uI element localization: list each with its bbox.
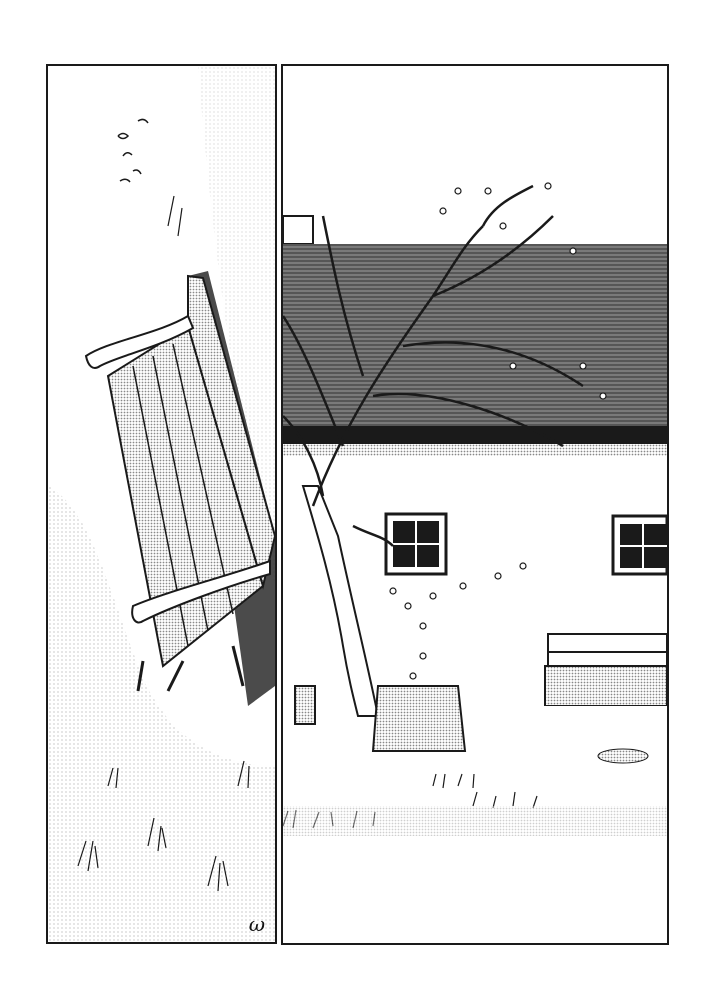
bucket	[295, 686, 315, 724]
falling-leaves	[118, 119, 148, 182]
tiled-roof	[283, 244, 667, 439]
sound-effect-glyph: ω	[249, 912, 265, 936]
courtyard-illustration	[283, 66, 667, 943]
window-right	[613, 516, 667, 574]
bench	[545, 634, 667, 706]
panel-right	[281, 64, 669, 945]
bench-closeup-illustration	[48, 66, 275, 942]
tree-stump	[373, 686, 465, 751]
window-left	[386, 514, 446, 574]
chimney	[283, 216, 313, 244]
puddle	[598, 749, 648, 763]
panel-left: ω	[46, 64, 277, 944]
